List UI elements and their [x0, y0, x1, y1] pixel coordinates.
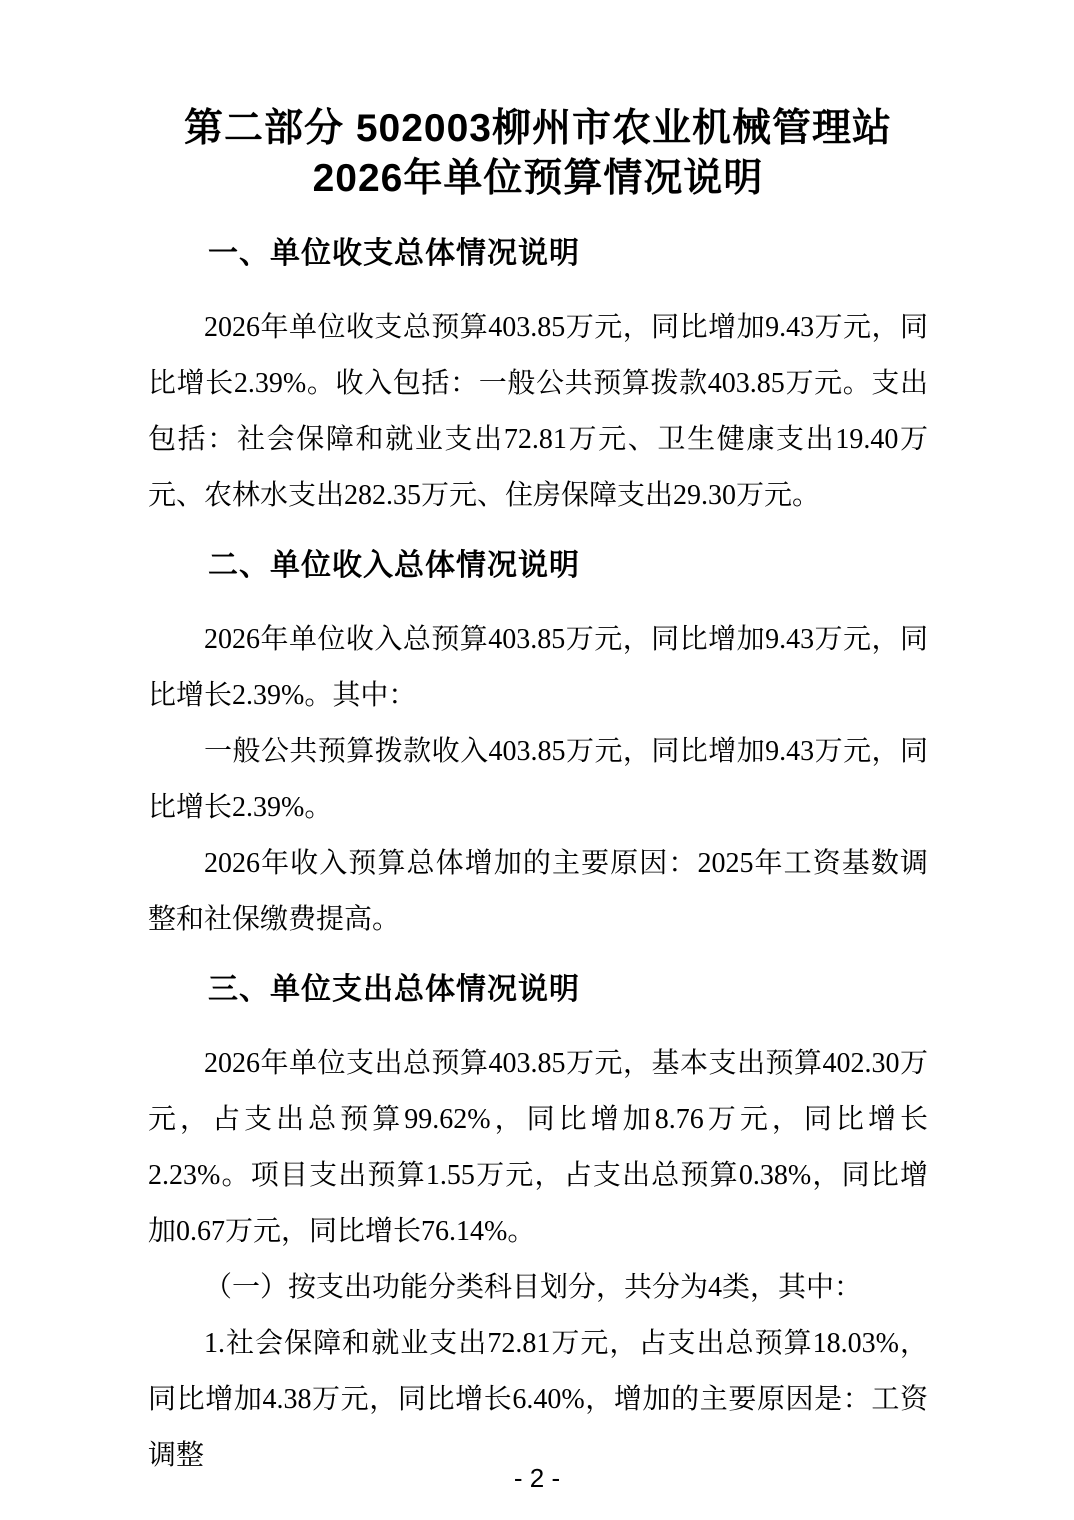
section-income-overview: 二、单位收入总体情况说明 2026年单位收入总预算403.85万元，同比增加9.…: [148, 548, 928, 948]
section-3-paragraph-1: 2026年单位支出总预算403.85万元，基本支出预算402.30万元，占支出总…: [148, 1036, 928, 1260]
section-revenue-expense-overview: 一、单位收支总体情况说明 2026年单位收支总预算403.85万元，同比增加9.…: [148, 236, 928, 524]
document-page: 第二部分 502003柳州市农业机械管理站 2026年单位预算情况说明 一、单位…: [0, 0, 1074, 1520]
section-1-paragraph-1: 2026年单位收支总预算403.85万元，同比增加9.43万元，同比增长2.39…: [148, 300, 928, 524]
document-title: 第二部分 502003柳州市农业机械管理站 2026年单位预算情况说明: [148, 104, 928, 204]
section-3-heading: 三、单位支出总体情况说明: [148, 972, 928, 1008]
document-content: 第二部分 502003柳州市农业机械管理站 2026年单位预算情况说明 一、单位…: [0, 0, 1074, 1484]
section-2-paragraph-3: 2026年收入预算总体增加的主要原因：2025年工资基数调整和社保缴费提高。: [148, 836, 928, 948]
section-2-paragraph-2: 一般公共预算拨款收入403.85万元，同比增加9.43万元，同比增长2.39%。: [148, 724, 928, 836]
section-1-heading: 一、单位收支总体情况说明: [148, 236, 928, 272]
section-3-paragraph-2: （一）按支出功能分类科目划分，共分为4类，其中：: [148, 1260, 928, 1316]
section-expense-overview: 三、单位支出总体情况说明 2026年单位支出总预算403.85万元，基本支出预算…: [148, 972, 928, 1484]
section-3-paragraph-3: 1.社会保障和就业支出72.81万元，占支出总预算18.03%，同比增加4.38…: [148, 1316, 928, 1484]
document-title-line1: 第二部分 502003柳州市农业机械管理站: [148, 104, 928, 154]
section-2-paragraph-1: 2026年单位收入总预算403.85万元，同比增加9.43万元，同比增长2.39…: [148, 612, 928, 724]
section-2-heading: 二、单位收入总体情况说明: [148, 548, 928, 584]
page-number: - 2 -: [0, 1463, 1074, 1494]
document-title-line2: 2026年单位预算情况说明: [148, 154, 928, 204]
